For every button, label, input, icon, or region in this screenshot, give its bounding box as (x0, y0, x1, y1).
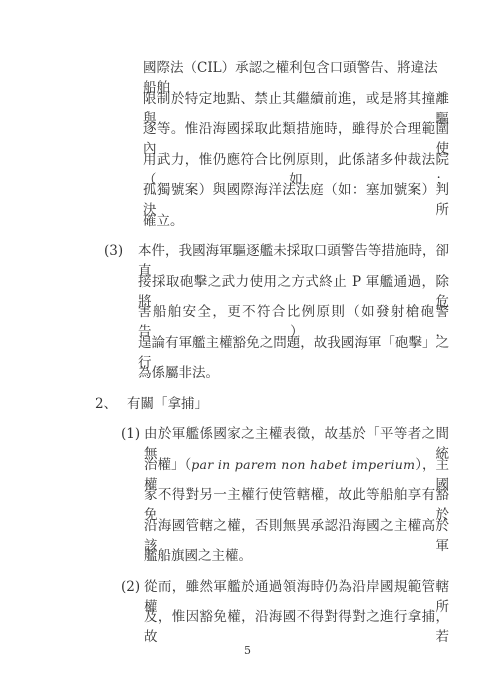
latin-pre-text: 治權」（ (144, 457, 191, 473)
text-line: 由於軍艦係國家之主權表徵，故基於「平等者之間無統 (144, 424, 449, 444)
text-line: 沿海國管轄之權，否則無異承認沿海國之主權高於該軍 (144, 516, 449, 536)
document-page: 國際法（CIL）承認之權利包含口頭警告、將違法船舶 限制於特定地點、禁止其繼續前… (0, 0, 495, 700)
latin-phrase: par in parem non habet imperium (191, 457, 415, 472)
item-2-marker: (2) (121, 577, 140, 597)
text-line: 為係屬非法。 (138, 363, 449, 383)
text-line: 限制於特定地點、禁止其繼續前進，或是將其撞離與驅 (143, 89, 449, 109)
text-line: 家不得對另一主權行使管轄權，故此等船舶享有豁免於 (144, 485, 449, 505)
section-2-title: 有關「拿捕」 (127, 394, 449, 414)
item-1-marker: (1) (121, 424, 140, 444)
text-line: 用武力，惟仍應符合比例原則，此係諸多仲裁法院（如： (143, 150, 449, 170)
text-line: 及，惟因豁免權，沿海國不得對得對之進行拿捕，故若 (144, 607, 449, 627)
text-line: 接採取砲擊之武力使用之方式終止 P 軍艦通過，除將危 (138, 272, 449, 292)
text-line-latin-quote: 治權」（par in parem non habet imperium），主權國 (144, 455, 449, 475)
section-2-marker: 2、 (95, 394, 117, 414)
text-line: 國際法（CIL）承認之權利包含口頭警告、將違法船舶 (143, 58, 449, 78)
text-line: 艦船旗國之主權。 (144, 546, 449, 566)
text-line: 從而，雖然軍艦於通過領海時仍為沿岸國規範管轄權所 (144, 577, 449, 597)
text-line: 害船舶安全，更不符合比例原則（如發射槍砲警告）， (138, 302, 449, 322)
item-3-marker: (3) (104, 241, 123, 261)
text-line: 遑論有軍艦主權豁免之問題，故我國海軍「砲擊」之行 (138, 333, 449, 353)
text-line: 孤獨號案）與國際海洋法法庭（如：塞加號案）判決所 (143, 180, 449, 200)
text-line: 確立。 (143, 211, 449, 231)
text-line: 逐等。惟沿海國採取此類措施時，雖得於合理範圍內使 (143, 119, 449, 139)
page-number: 5 (0, 644, 495, 658)
text-line: 本件，我國海軍驅逐艦未採取口頭警告等措施時，卻直 (138, 241, 449, 261)
